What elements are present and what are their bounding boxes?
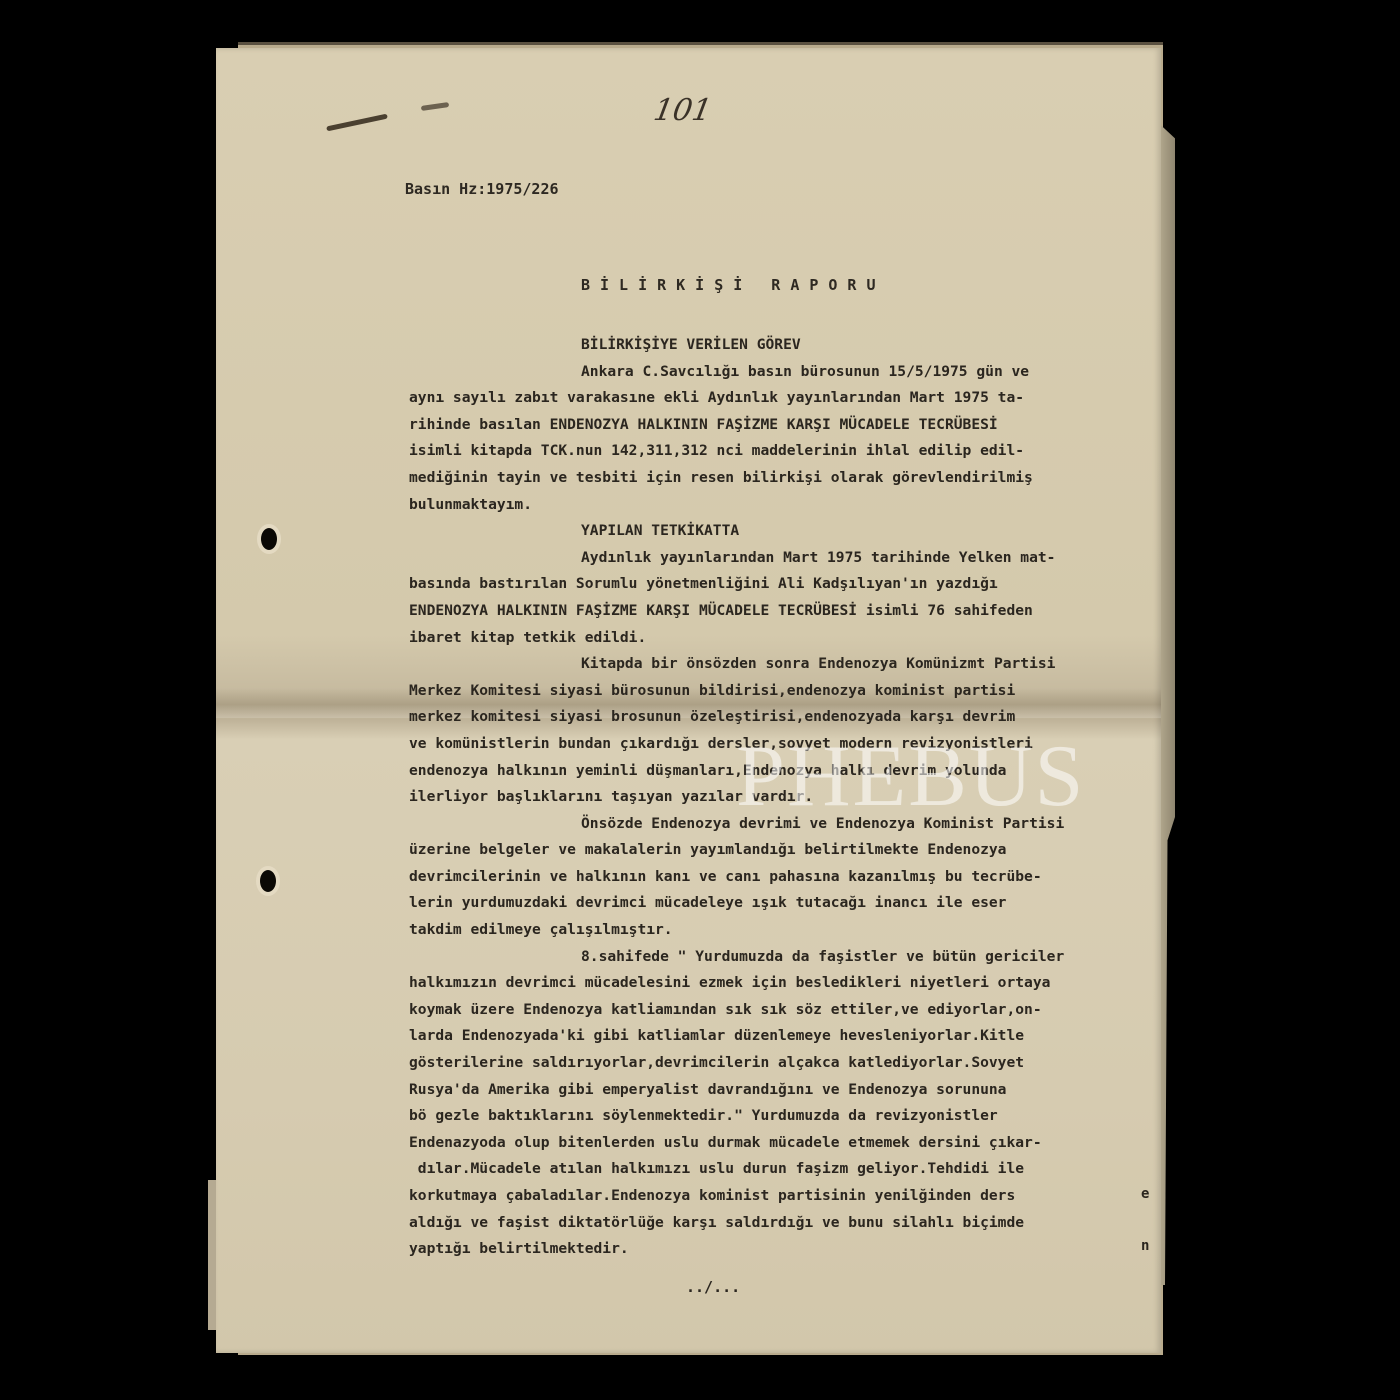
- punch-hole: [261, 528, 277, 550]
- section-heading: BİLİRKİŞİYE VERİLEN GÖREV: [409, 332, 1144, 359]
- reference-number: Basın Hz:1975/226: [405, 180, 559, 198]
- text-line: koymak üzere Endenozya katliamından sık …: [409, 997, 1144, 1024]
- text-line: Merkez Komitesi siyasi bürosunun bildiri…: [409, 678, 1144, 705]
- text-line: halkımızın devrimci mücadelesini ezmek i…: [409, 970, 1144, 997]
- text-line: isimli kitapda TCK.nun 142,311,312 nci m…: [409, 438, 1144, 465]
- text-line: korkutmaya çabaladılar.Endenozya kominis…: [409, 1183, 1144, 1210]
- text-line: devrimcilerinin ve halkının kanı ve canı…: [409, 864, 1144, 891]
- text-line: bö gezle baktıklarını söylenmektedir." Y…: [409, 1103, 1144, 1130]
- text-line: yaptığı belirtilmektedir.: [409, 1236, 1144, 1263]
- staple-mark: [421, 102, 449, 111]
- underlying-page-char: n: [1141, 1238, 1149, 1254]
- text-line: larda Endenozyada'ki gibi katliamlar düz…: [409, 1023, 1144, 1050]
- text-line: Endenazyoda olup bitenlerden uslu durmak…: [409, 1130, 1144, 1157]
- text-line: rihinde basılan ENDENOZYA HALKININ FAŞİZ…: [409, 412, 1144, 439]
- continuation-mark: ../...: [686, 1278, 740, 1296]
- document-title: BİLİRKİŞİ RAPORU: [581, 276, 886, 294]
- staple-mark: [326, 114, 388, 132]
- text-line: bulunmaktayım.: [409, 492, 1144, 519]
- text-line: ENDENOZYA HALKININ FAŞİZME KARŞI MÜCADEL…: [409, 598, 1144, 625]
- section-heading: YAPILAN TETKİKATTA: [409, 518, 1144, 545]
- handwritten-folio-number: 101: [651, 93, 714, 128]
- text-line: mediğinin tayin ve tesbiti için resen bi…: [409, 465, 1144, 492]
- text-line: aldığı ve faşist diktatörlüğe karşı sald…: [409, 1210, 1144, 1237]
- underlying-page-char: e: [1141, 1186, 1149, 1202]
- text-line: lerin yurdumuzdaki devrimci mücadeleye ı…: [409, 890, 1144, 917]
- text-line: takdim edilmeye çalışılmıştır.: [409, 917, 1144, 944]
- text-line: basında bastırılan Sorumlu yönetmenliğin…: [409, 571, 1144, 598]
- text-line: Kitapda bir önsözden sonra Endenozya Kom…: [409, 651, 1144, 678]
- punch-hole: [260, 870, 276, 892]
- text-line: Ankara C.Savcılığı basın bürosunun 15/5/…: [409, 359, 1144, 386]
- text-line: Rusya'da Amerika gibi emperyalist davran…: [409, 1077, 1144, 1104]
- document-page: 101 Basın Hz:1975/226 BİLİRKİŞİ RAPORU B…: [216, 48, 1161, 1353]
- text-line: 8.sahifede " Yurdumuzda da faşistler ve …: [409, 944, 1144, 971]
- text-line: gösterilerine saldırıyorlar,devrimcileri…: [409, 1050, 1144, 1077]
- text-line: üzerine belgeler ve makalalerin yayımlan…: [409, 837, 1144, 864]
- text-line: aynı sayılı zabıt varakasıne ekli Aydınl…: [409, 385, 1144, 412]
- text-line: dılar.Mücadele atılan halkımızı uslu dur…: [409, 1156, 1144, 1183]
- text-line: Aydınlık yayınlarından Mart 1975 tarihin…: [409, 545, 1144, 572]
- watermark: PHEBUS: [736, 726, 1085, 827]
- text-line: ibaret kitap tetkik edildi.: [409, 625, 1144, 652]
